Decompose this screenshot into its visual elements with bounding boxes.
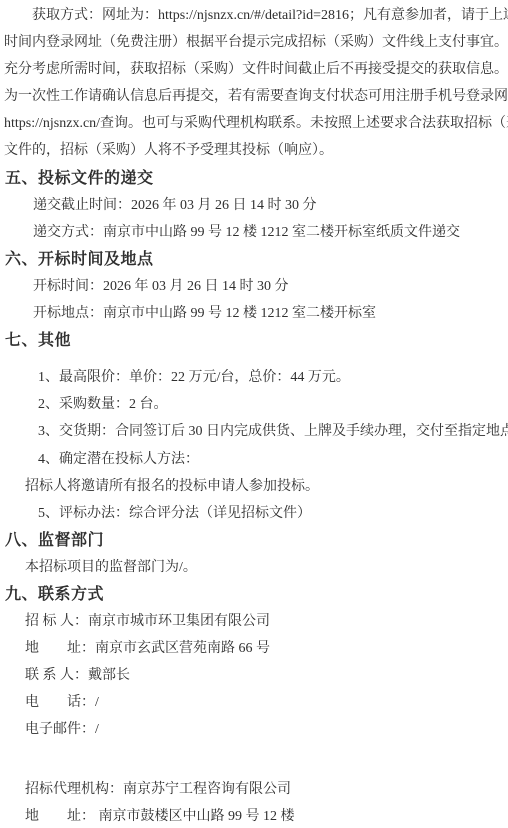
contact-person-line: 联 系 人：戴部长 xyxy=(0,662,508,689)
email-line: 电子邮件：/ xyxy=(0,716,508,743)
acquisition-method-line-6: 文件的，招标（采购）人将不予受理其投标（响应）。 xyxy=(0,137,508,164)
spacer-after-section-7-heading xyxy=(0,354,508,364)
quantity-item: 2、采购数量：2 台。 xyxy=(0,391,508,418)
spacer-before-agency-block xyxy=(0,744,508,776)
tender-notice-document: 获取方式：网址为：https://njsnzx.cn/#/detail?id=2… xyxy=(0,0,508,828)
acquisition-method-line-2: 时间内登录网址（免费注册）根据平台提示完成招标（采购）文件线上支付事宜。获取者应 xyxy=(0,29,508,56)
heading-section-6-bid-opening: 六、开标时间及地点 xyxy=(0,246,508,273)
agency-line: 招标代理机构：南京苏宁工程咨询有限公司 xyxy=(0,776,508,803)
phone-line: 电 话：/ xyxy=(0,689,508,716)
document-body: 获取方式：网址为：https://njsnzx.cn/#/detail?id=2… xyxy=(0,2,508,828)
heading-section-5-bid-submission: 五、投标文件的递交 xyxy=(0,165,508,192)
heading-section-8-supervision: 八、监督部门 xyxy=(0,527,508,554)
potential-bidders-item: 4、确定潜在投标人方法： xyxy=(0,446,508,473)
delivery-item: 3、交货期：合同签订后 30 日内完成供货、上牌及手续办理，交付至指定地点。 xyxy=(0,418,508,445)
heading-section-9-contact: 九、联系方式 xyxy=(0,581,508,608)
opening-time-line: 开标时间：2026 年 03 月 26 日 14 时 30 分 xyxy=(0,273,508,300)
supervision-department-line: 本招标项目的监督部门为/。 xyxy=(0,554,508,581)
acquisition-method-line-5: https://njsnzx.cn/查询。也可与采购代理机构联系。未按照上述要求… xyxy=(0,110,508,137)
opening-place-line: 开标地点：南京市中山路 99 号 12 楼 1212 室二楼开标室 xyxy=(0,300,508,327)
evaluation-method-item: 5、评标办法：综合评分法（详见招标文件） xyxy=(0,500,508,527)
agency-address-line: 地 址： 南京市鼓楼区中山路 99 号 12 楼 xyxy=(0,803,508,828)
potential-bidders-note: 招标人将邀请所有报名的投标申请人参加投标。 xyxy=(0,473,508,500)
acquisition-method-line-1: 获取方式：网址为：https://njsnzx.cn/#/detail?id=2… xyxy=(0,2,508,29)
acquisition-method-line-4: 为一次性工作请确认信息后再提交，若有需要查询支付状态可用注册手机号登录网址： xyxy=(0,83,508,110)
submission-method-line: 递交方式：南京市中山路 99 号 12 楼 1212 室二楼开标室纸质文件递交 xyxy=(0,219,508,246)
tenderer-line: 招 标 人：南京市城市环卫集团有限公司 xyxy=(0,608,508,635)
acquisition-method-line-3: 充分考虑所需时间，获取招标（采购）文件时间截止后不再接受提交的获取信息。平台提交 xyxy=(0,56,508,83)
submission-deadline-line: 递交截止时间：2026 年 03 月 26 日 14 时 30 分 xyxy=(0,192,508,219)
heading-section-7-others: 七、其他 xyxy=(0,327,508,354)
max-price-item: 1、最高限价：单价：22 万元/台，总价：44 万元。 xyxy=(0,364,508,391)
tenderer-address-line: 地 址：南京市玄武区营苑南路 66 号 xyxy=(0,635,508,662)
